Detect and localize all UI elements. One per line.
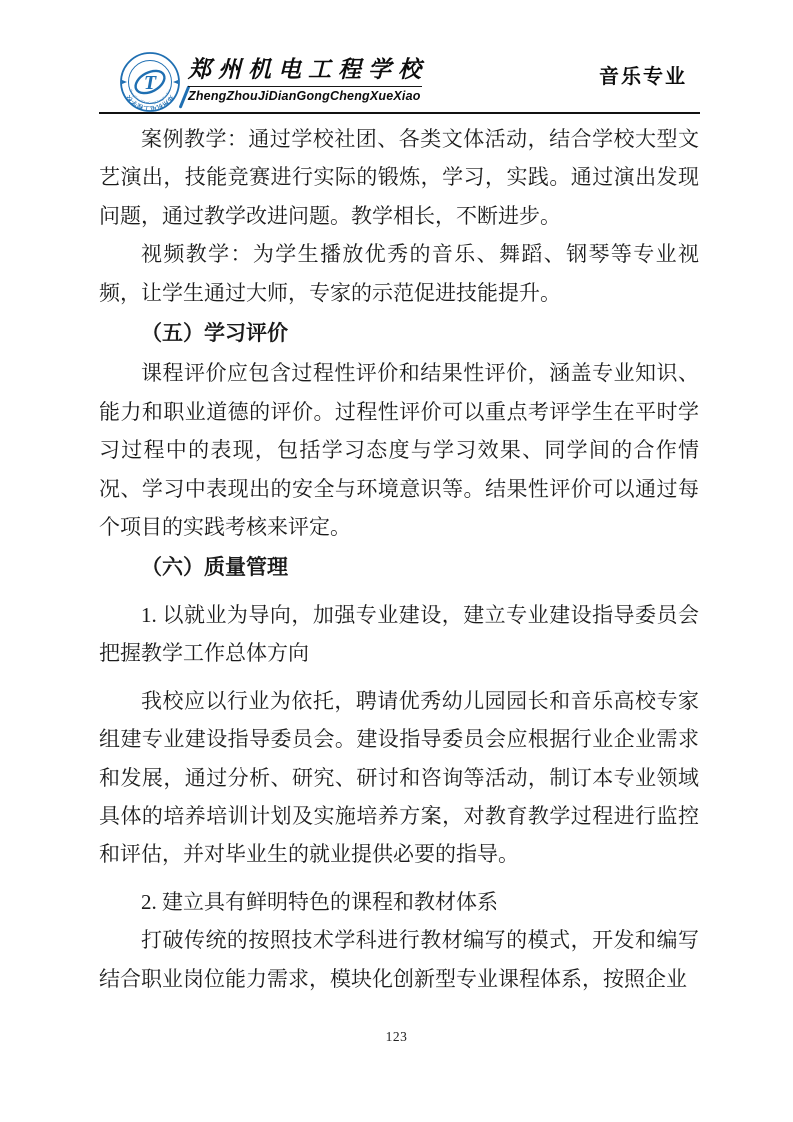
page-footer: 123: [0, 1028, 793, 1046]
logo-monogram: T: [144, 72, 157, 94]
document-major-label: 音乐专业: [599, 60, 687, 89]
school-logo-icon: 郑州机电工程学校 ZhengZhouJiDianGongChengXueXiao…: [119, 51, 181, 113]
paragraph-case-teaching: 案例教学：通过学校社团、各类文体活动，结合学校大型文艺演出，技能竞赛进行实际的锻…: [99, 120, 699, 235]
page-number: 123: [386, 1029, 408, 1044]
school-pinyin: ZhengZhouJiDianGongChengXueXiao: [188, 89, 428, 103]
list-item-1-employment-oriented: 1. 以就业为导向，加强专业建设，建立专业建设指导委员会把握教学工作总体方向: [99, 596, 699, 673]
list-item-2-curriculum-system: 2. 建立具有鲜明特色的课程和教材体系: [99, 883, 699, 921]
document-body: 案例教学：通过学校社团、各类文体活动，结合学校大型文艺演出，技能竞赛进行实际的锻…: [99, 120, 699, 998]
paragraph-video-teaching: 视频教学：为学生播放优秀的音乐、舞蹈、钢琴等专业视频，让学生通过大师，专家的示范…: [99, 235, 699, 312]
section-heading-quality-management: （六）质量管理: [99, 548, 699, 586]
paragraph-committee-detail: 我校应以行业为依托，聘请优秀幼儿园园长和音乐高校专家组建专业建设指导委员会。建设…: [99, 682, 699, 874]
school-name-underline: [188, 86, 422, 87]
header-rule: [99, 112, 700, 114]
paragraph-evaluation-detail: 课程评价应包含过程性评价和结果性评价，涵盖专业知识、能力和职业道德的评价。过程性…: [99, 354, 699, 546]
document-page: 郑州机电工程学校 ZhengZhouJiDianGongChengXueXiao…: [0, 0, 793, 1122]
section-heading-learning-evaluation: （五）学习评价: [99, 314, 699, 352]
school-name-block: 郑州机电工程学校 ZhengZhouJiDianGongChengXueXiao: [188, 55, 428, 103]
school-name: 郑州机电工程学校: [188, 55, 428, 85]
paragraph-textbook-development: 打破传统的按照技术学科进行教材编写的模式，开发和编写结合职业岗位能力需求，模块化…: [99, 921, 699, 998]
